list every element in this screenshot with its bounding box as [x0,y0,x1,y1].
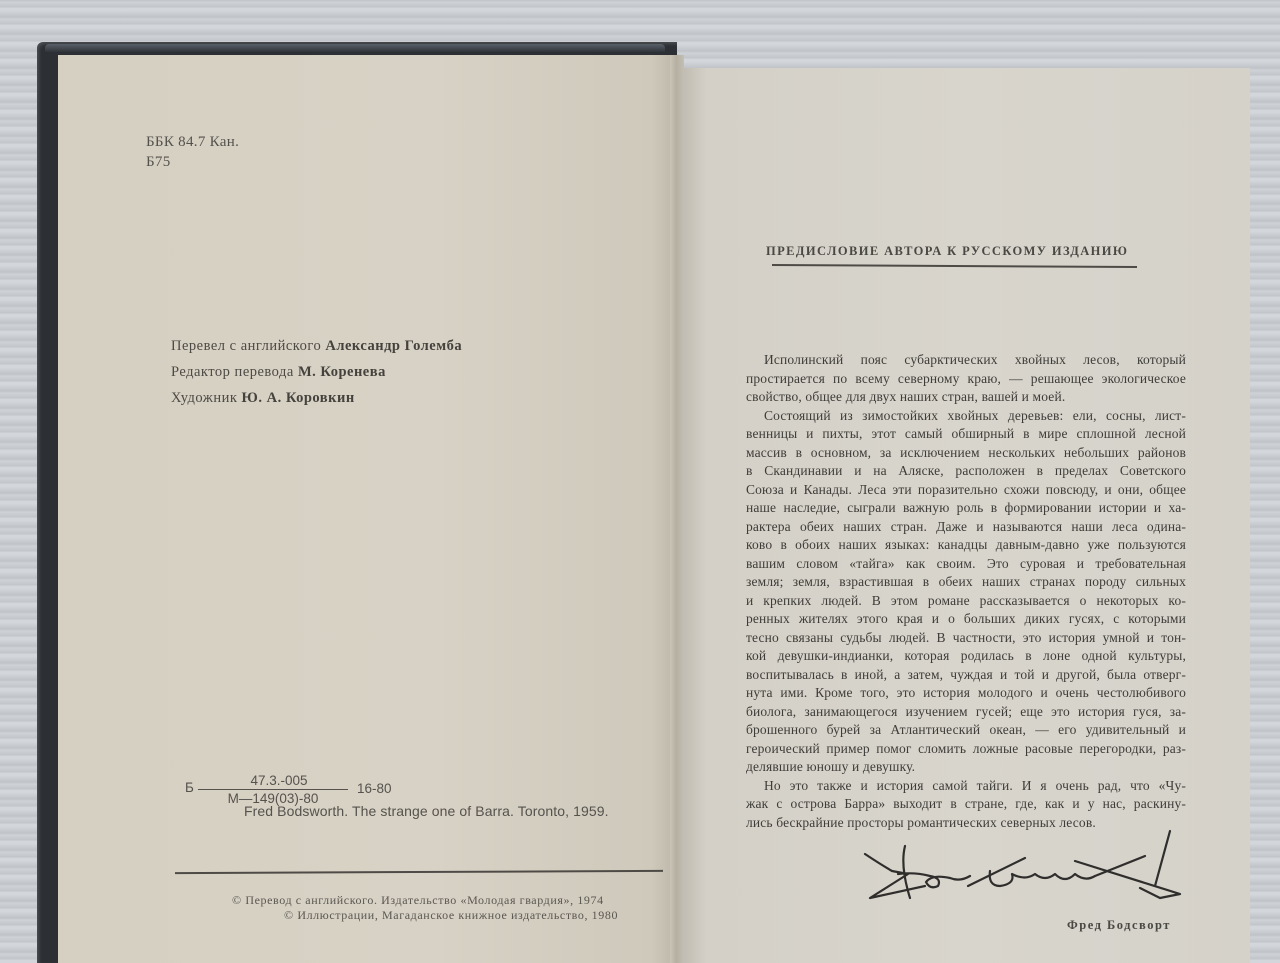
bbk-line-1: ББК 84.7 Кан. [146,132,239,152]
text-line: Исполинский пояс субарктических хвойных … [746,351,1186,370]
text-line: массив в основном, за исключением нескол… [746,444,1186,463]
author-signature-icon [860,826,1190,906]
text-line: героический пример помог сломить ложные … [746,740,1186,759]
text-line: Состоящий из зимостойких хвойных деревье… [746,407,1186,426]
copyright-illustrations: © Иллюстрации, Магаданское книжное издат… [232,908,618,923]
credit-name: Ю. А. Коровкин [242,390,355,406]
text-line: нута ими. Кроме того, это история молодо… [746,684,1186,703]
text-line: Но это также и история самой тайги. И я … [746,777,1186,796]
text-line: воспитывалась в иной, а затем, чуждая и … [746,666,1186,685]
book-cover-edge [45,44,665,52]
text-line: кой девушки-индианки, которая родилась в… [746,647,1186,666]
text-line: ренных жителях этого края и о больших ди… [746,610,1186,629]
code-suffix: 16-80 [357,781,392,796]
code-prefix: Б [185,780,194,795]
text-line: земля; земля, взрастившая в обеих наших … [746,573,1186,592]
bbk-classification: ББК 84.7 Кан. Б75 [146,132,239,172]
text-line: тесно связаны судьбы людей. В частности,… [746,629,1186,648]
bbk-line-2: Б75 [146,152,239,172]
copyright-block: © Перевод с английского. Издательство «М… [232,893,618,923]
text-line: Союза и Канады. Леса эти поразительно сх… [746,481,1186,500]
left-page [58,55,676,963]
code-numerator: 47.3.-005 [198,773,348,790]
credits-block: Перевел с английского Александр Големба … [171,333,462,411]
text-line: наше наследие, сыграли важную роль в фор… [746,499,1186,518]
preface-title: Предисловие автора к русскому изданию [766,244,1128,259]
copyright-translation: © Перевод с английского. Издательство «М… [232,893,618,908]
credit-editor: Редактор перевода М. Коренева [171,359,462,385]
text-line: свойство, общее для двух наших стран, ва… [746,388,1186,407]
credit-artist: Художник Ю. А. Коровкин [171,385,462,411]
text-line: биолога, занимающегося изучением гусей; … [746,703,1186,722]
credit-translator: Перевел с английского Александр Големба [171,333,462,359]
text-line: ково в обоих наших языках: канадцы давны… [746,536,1186,555]
credit-role: Художник [171,390,237,406]
text-line: вашим словом «тайга» как своим. Это суро… [746,555,1186,574]
text-line: венницы и пихты, этот самый обширный в м… [746,425,1186,444]
text-line: делявшие юношу и девушку. [746,758,1186,777]
text-line: в Скандинавии и на Аляске, расположен в … [746,462,1186,481]
credit-role: Перевел с английского [171,338,321,354]
credit-role: Редактор перевода [171,364,294,380]
text-line: брошенного бурей за Атлантический океан,… [746,721,1186,740]
text-line: жак с острова Барра» выходит в стране, г… [746,795,1186,814]
preface-body: Исполинский пояс субарктических хвойных … [746,351,1186,832]
original-title: Fred Bodsworth. The strange one of Barra… [244,803,609,819]
text-line: рактера обеих наших стран. Даже и называ… [746,518,1186,537]
book-gutter [670,55,684,963]
text-line: и крепких людей. В этом романе рассказыв… [746,592,1186,611]
credit-name: М. Коренева [298,364,386,380]
credit-name: Александр Големба [325,338,462,354]
author-name: Фред Бодсворт [1067,918,1171,933]
text-line: простирается по всему северному краю, — … [746,370,1186,389]
